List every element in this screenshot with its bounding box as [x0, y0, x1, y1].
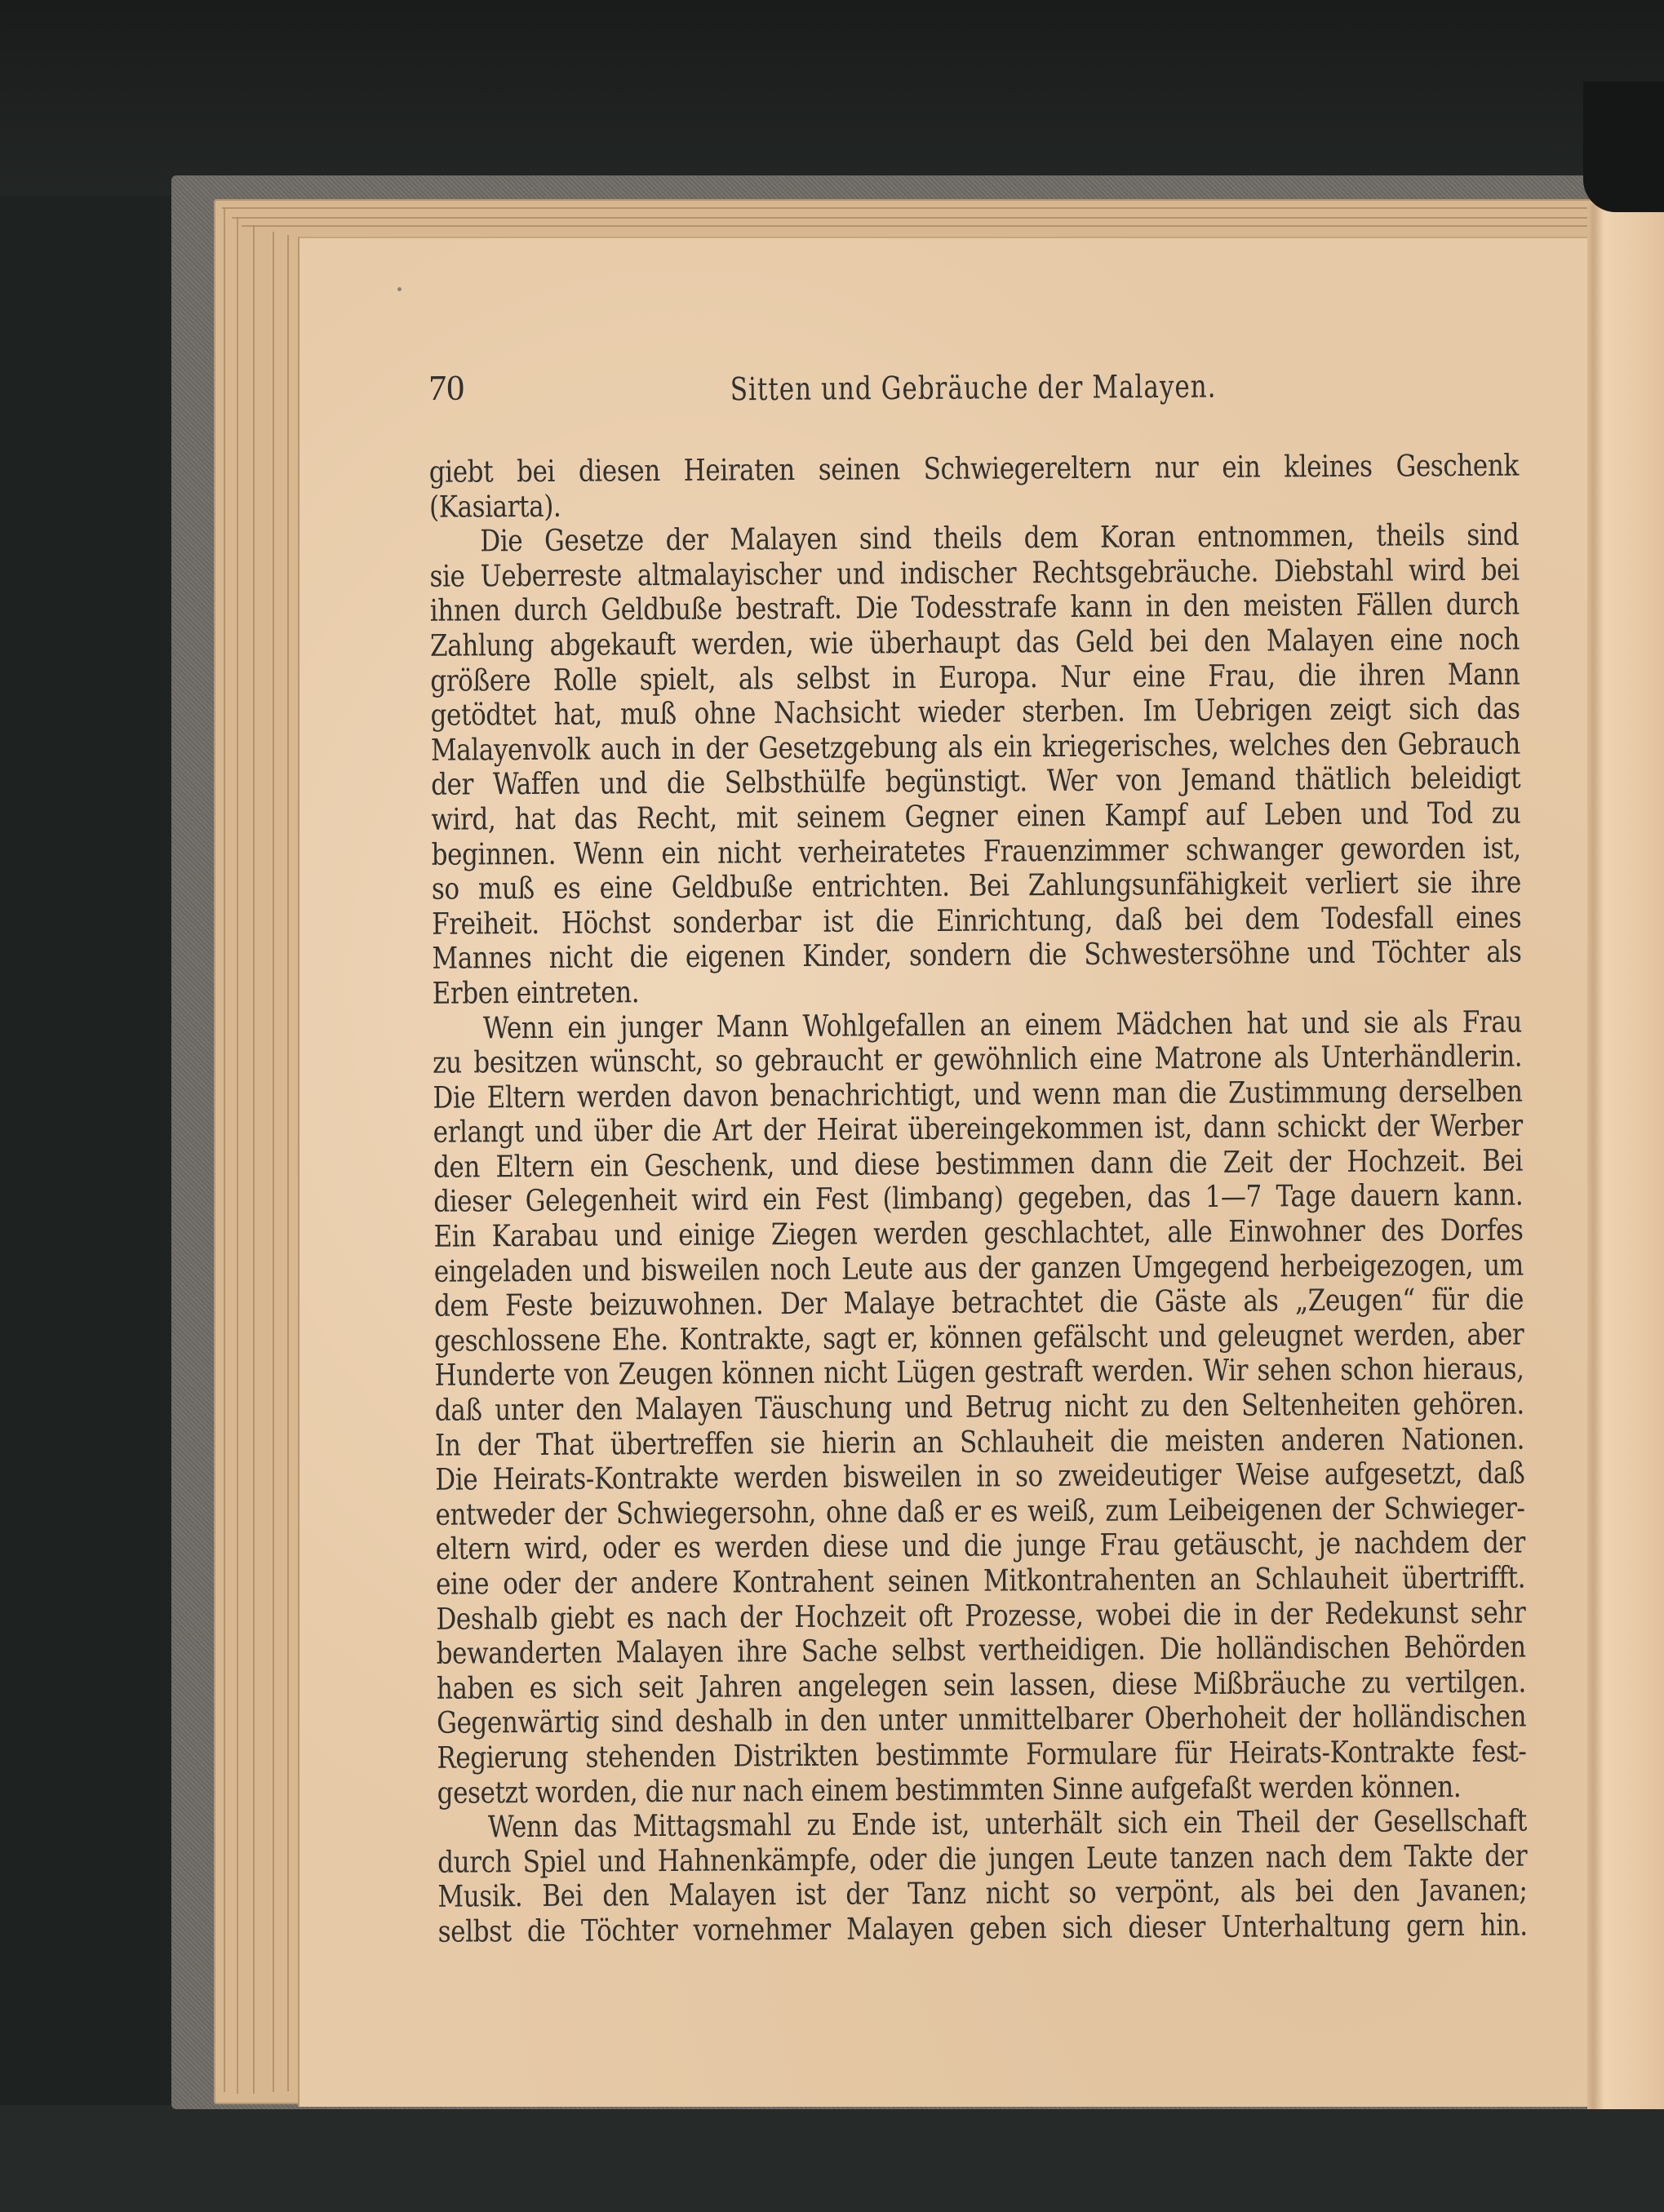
- background-bottom: [0, 2105, 1664, 2212]
- text-line: selbst die Töchter vornehmer Malayen geb…: [438, 1905, 1528, 1953]
- page-edge-line: [232, 217, 1664, 219]
- running-header: 70 Sitten und Gebräuche der Malayen.: [428, 361, 1518, 416]
- running-head-title: Sitten und Gebräuche der Malayen.: [559, 366, 1518, 409]
- book-cover-right: [1583, 82, 1664, 212]
- page-edge-line: [222, 207, 1664, 209]
- body-text: giebt bei diesen Heiraten seinen Schwieg…: [429, 449, 1528, 1950]
- page-text: 70 Sitten und Gebräuche der Malayen. gie…: [428, 361, 1528, 1950]
- page-edge-line: [273, 232, 274, 2092]
- page-edge-line: [242, 225, 1664, 227]
- page-number: 70: [428, 366, 559, 409]
- paper-speck: [397, 287, 402, 291]
- page-edge-line: [287, 235, 289, 2091]
- page-edge-line: [237, 217, 238, 2094]
- book-gutter: [1587, 204, 1664, 2109]
- page-edge-line: [224, 207, 225, 2092]
- background-top: [0, 0, 1664, 196]
- page-edge-line: [253, 225, 255, 2094]
